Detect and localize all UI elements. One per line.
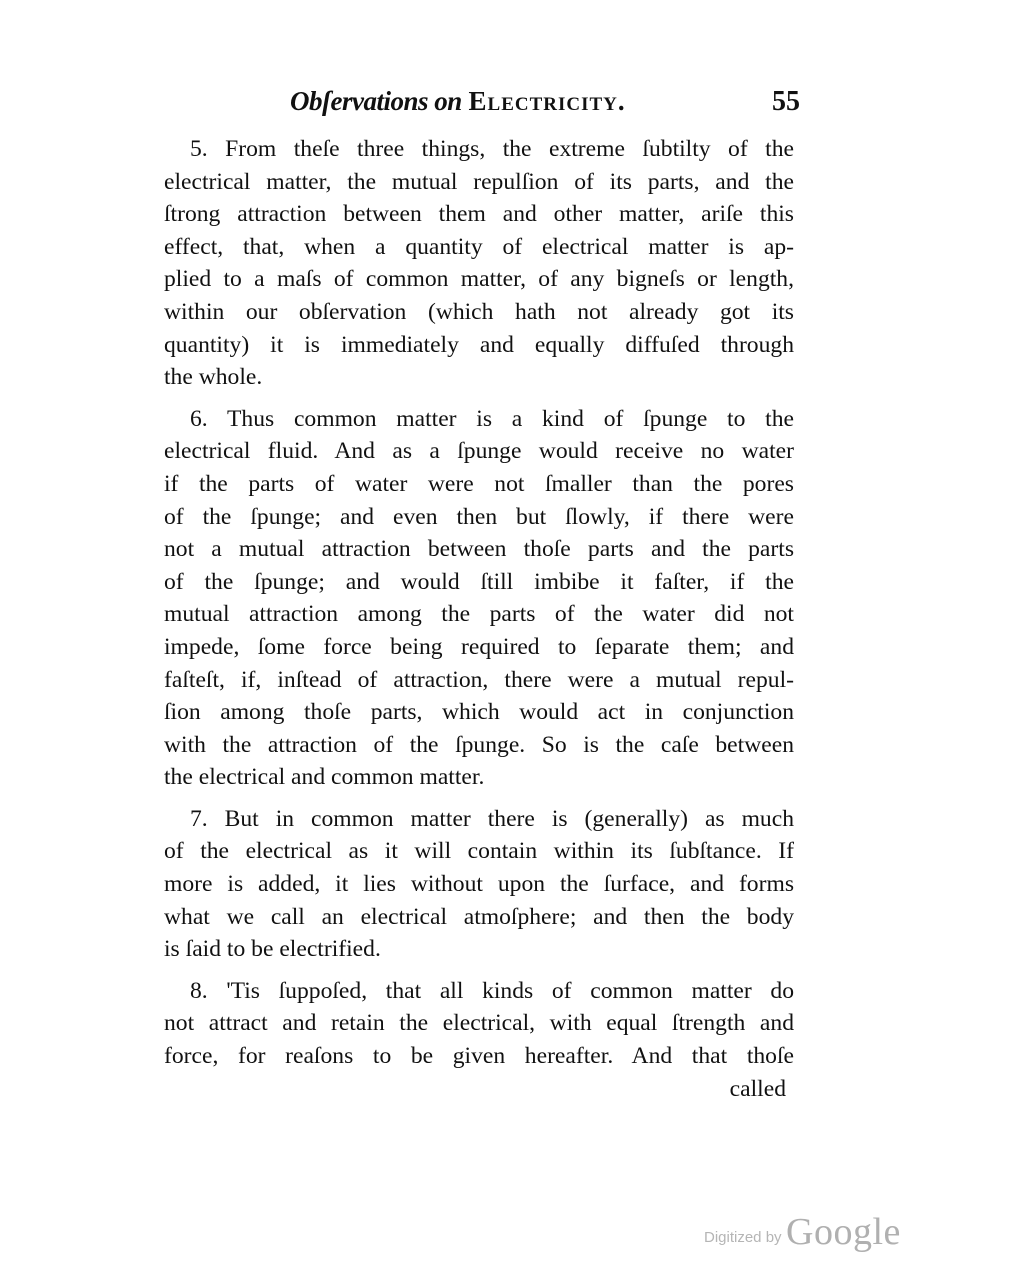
text-line: faſteſt, if, inſtead of attraction, ther…	[164, 664, 794, 697]
body-text: 5. From theſe three things, the extreme …	[164, 133, 794, 1105]
text-line: is ſaid to be electrified.	[164, 933, 794, 966]
text-line: with the attraction of the ſpunge. So is…	[164, 729, 794, 762]
text-line: within our obſervation (which hath not a…	[164, 296, 794, 329]
text-line: if the parts of water were not ſmaller t…	[164, 468, 794, 501]
text-line: electrical fluid. And as a ſpunge would …	[164, 435, 794, 468]
text-line: mutual attraction among the parts of the…	[164, 598, 794, 631]
text-line: electrical matter, the mutual repulſion …	[164, 166, 794, 199]
paragraph-6: 6. Thus common matter is a kind of ſpung…	[164, 403, 794, 794]
text-line: 5. From theſe three things, the extreme …	[164, 133, 794, 166]
book-page: Obſervations on Electricity. 55 5. From …	[0, 0, 1014, 1282]
text-line: of the ſpunge; and even then but ſlowly,…	[164, 501, 794, 534]
text-line: quantity) it is immediately and equally …	[164, 329, 794, 362]
text-line: the electrical and common matter.	[164, 761, 794, 794]
text-line: of the ſpunge; and would ſtill imbibe it…	[164, 566, 794, 599]
text-line: 8. 'Tis ſuppoſed, that all kinds of comm…	[164, 975, 794, 1008]
google-logo-text: Google	[786, 1211, 901, 1253]
text-line: effect, that, when a quantity of electri…	[164, 231, 794, 264]
running-head: Obſervations on Electricity. 55	[290, 86, 800, 126]
text-line: plied to a maſs of common matter, of any…	[164, 263, 794, 296]
text-line: not a mutual attraction between thoſe pa…	[164, 533, 794, 566]
text-line: of the electrical as it will contain wit…	[164, 835, 794, 868]
text-line: 7. But in common matter there is (genera…	[164, 803, 794, 836]
page-number: 55	[772, 86, 800, 118]
running-title-italic: Obſervations on	[290, 86, 462, 116]
catchword: called	[164, 1073, 794, 1106]
digitized-by-google-watermark: Digitized by Google	[704, 1210, 901, 1254]
text-line: force, for reaſons to be given hereafter…	[164, 1040, 794, 1073]
text-line: ſtrong attraction between them and other…	[164, 198, 794, 231]
text-line: not attract and retain the electrical, w…	[164, 1007, 794, 1040]
paragraph-5: 5. From theſe three things, the extreme …	[164, 133, 794, 394]
running-title-caps: Electricity.	[469, 86, 626, 116]
text-line: impede, ſome force being required to ſep…	[164, 631, 794, 664]
text-line: 6. Thus common matter is a kind of ſpung…	[164, 403, 794, 436]
text-line: ſion among thoſe parts, which would act …	[164, 696, 794, 729]
text-line: the whole.	[164, 361, 794, 394]
paragraph-7: 7. But in common matter there is (genera…	[164, 803, 794, 966]
text-line: more is added, it lies without upon the …	[164, 868, 794, 901]
text-line: what we call an electrical atmoſphere; a…	[164, 901, 794, 934]
watermark-prefix: Digitized by	[704, 1229, 782, 1246]
paragraph-8: 8. 'Tis ſuppoſed, that all kinds of comm…	[164, 975, 794, 1073]
